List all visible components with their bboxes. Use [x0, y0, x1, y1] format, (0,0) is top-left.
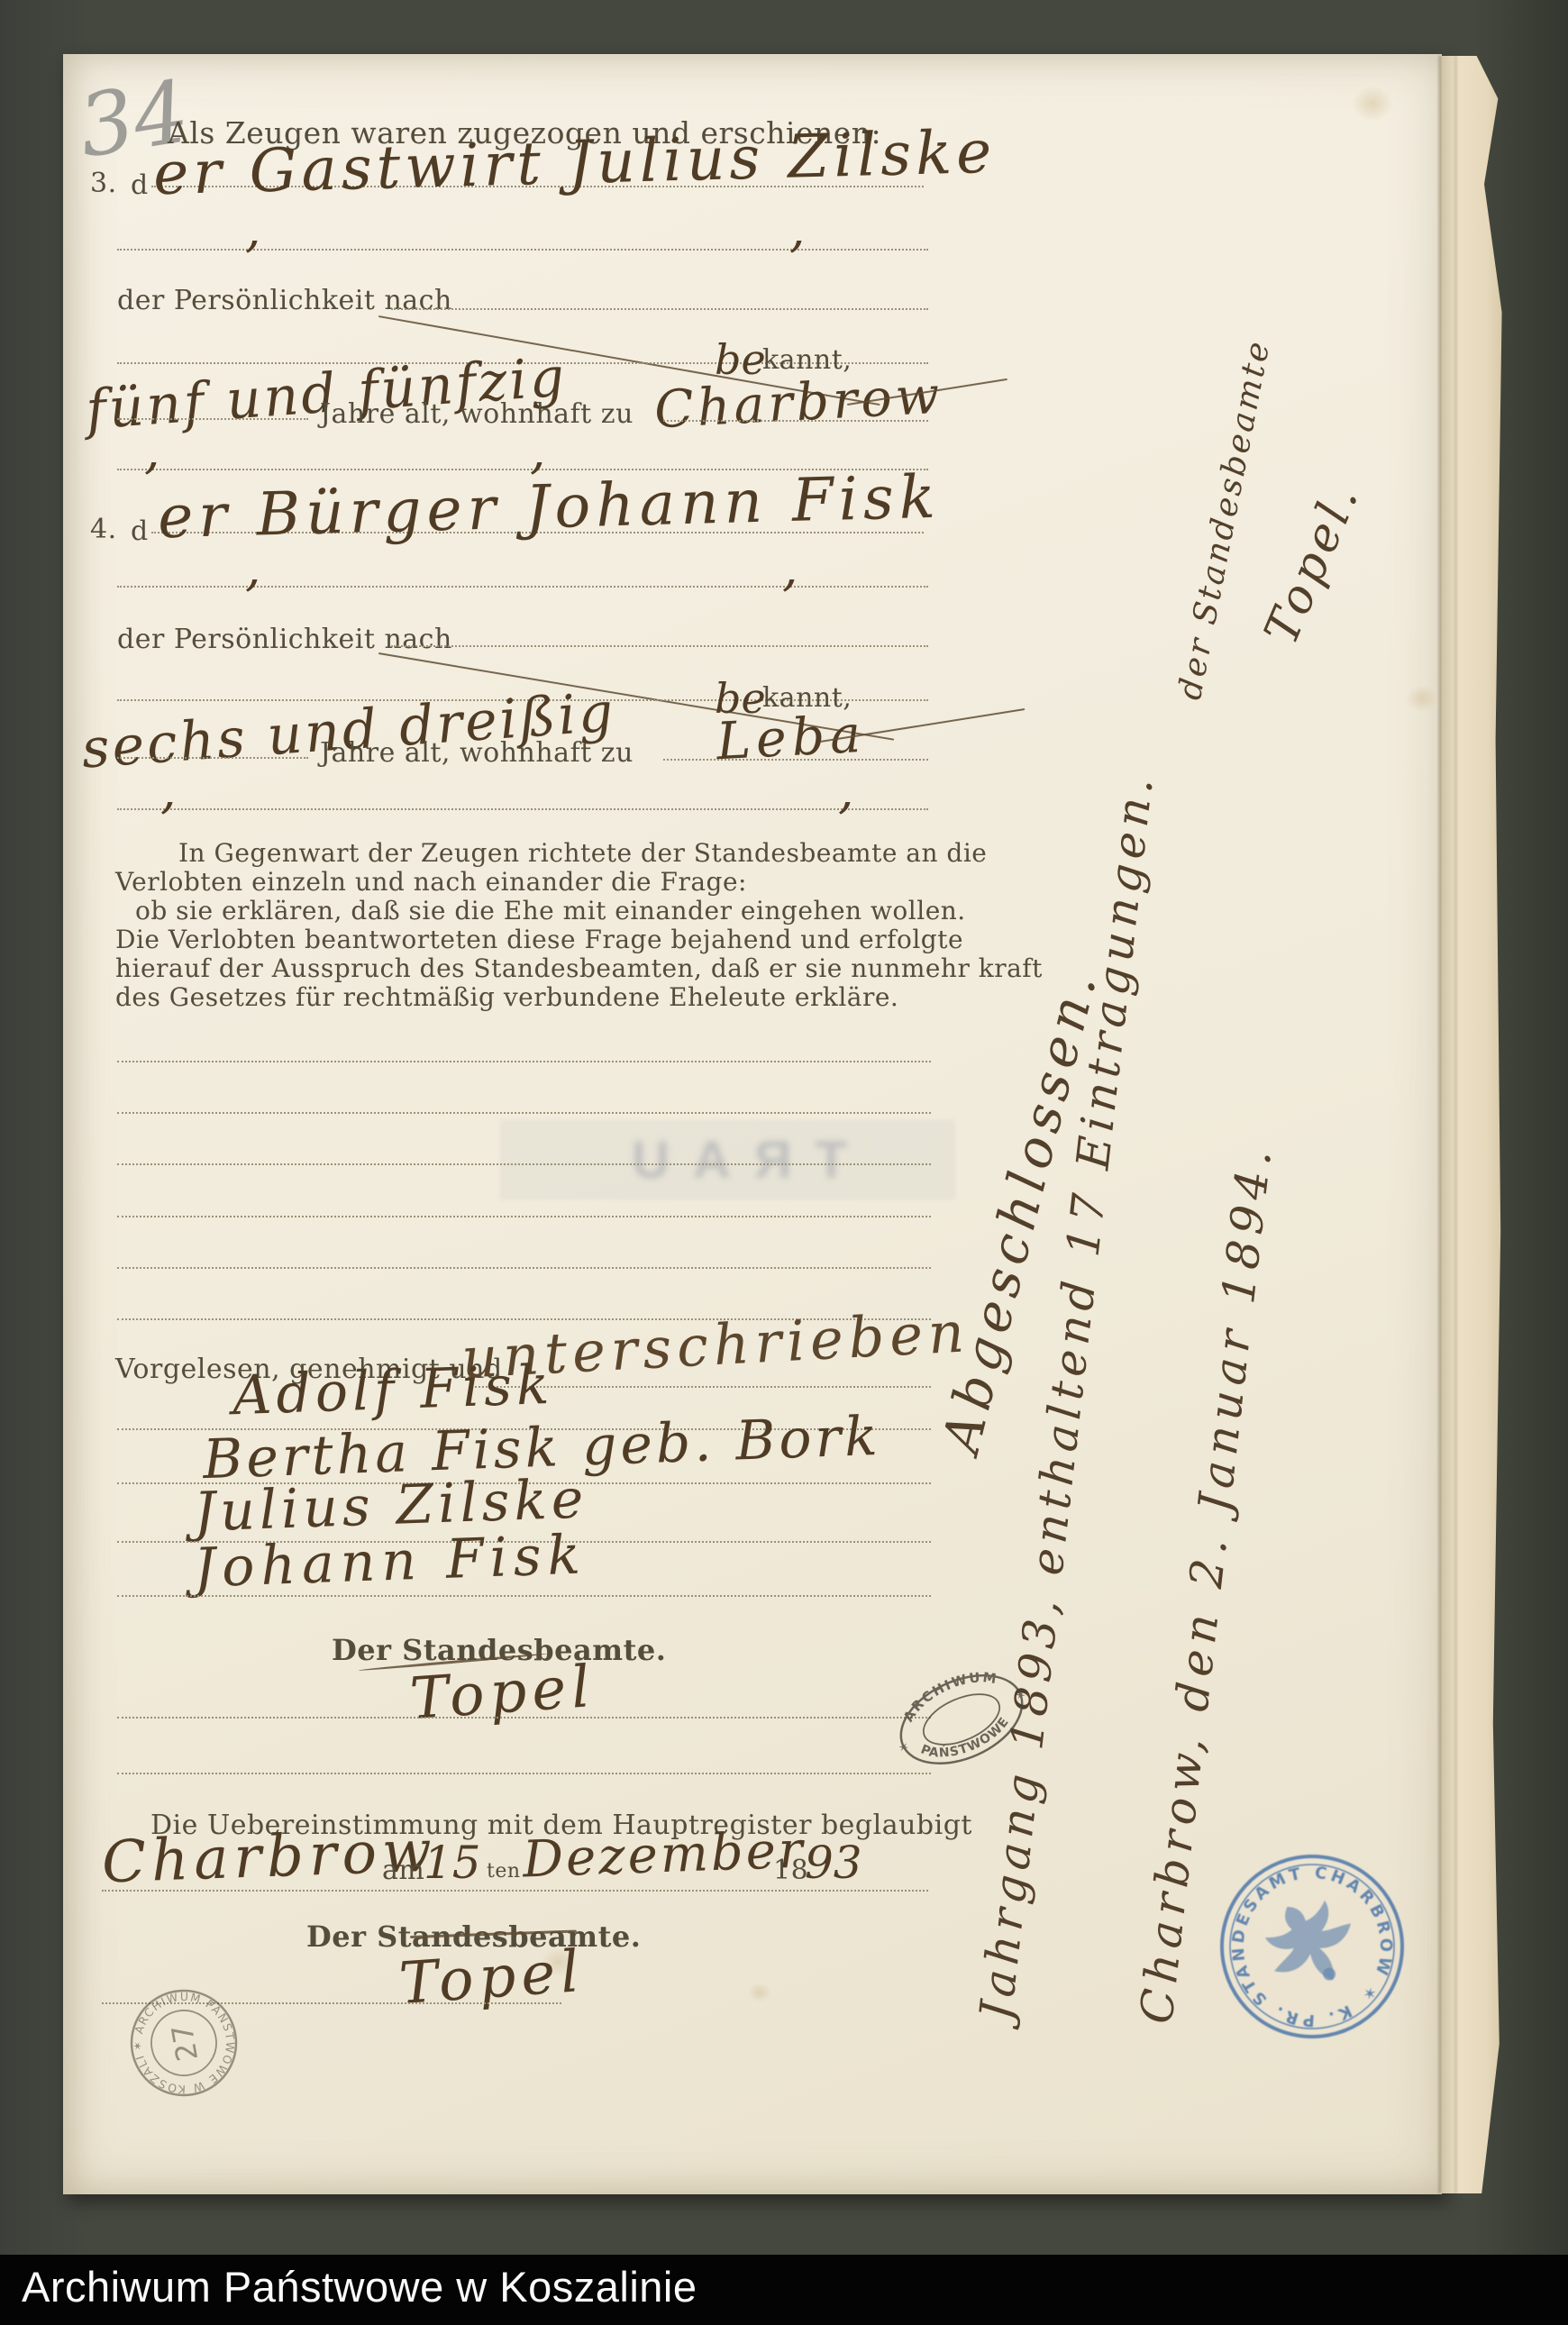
declaration-line: In Gegenwart der Zeugen richtete der Sta… [178, 838, 987, 868]
declaration-line: des Gesetzes für rechtmäßig verbundene E… [115, 982, 898, 1012]
cert-month: Dezember [522, 1821, 807, 1890]
cert-am: am [382, 1855, 424, 1886]
dotted-line [391, 308, 928, 310]
cert-ten: ten [487, 1860, 521, 1883]
ink-comma: , [245, 539, 260, 597]
dotted-line [117, 1061, 931, 1062]
cert-year-handwritten: 93 [805, 1837, 862, 1889]
dotted-line [117, 1717, 931, 1719]
signature: Adolf Fisk [232, 1354, 555, 1427]
dotted-line [117, 808, 928, 810]
round-stamp-number: 27 [165, 2021, 205, 2064]
dotted-line [117, 586, 928, 588]
archive-name: Archiwum Państwowe w Koszalinie [22, 2262, 697, 2311]
declaration-line: hierauf der Ausspruch des Standesbeamten… [115, 953, 1043, 983]
registrar-signature-2: Topel [397, 1938, 587, 2018]
declaration-line: Die Verlobten beantworteten diese Frage … [115, 925, 963, 954]
dotted-line [663, 759, 928, 761]
underlying-page-edge [1440, 56, 1503, 2193]
oval-stamp-star-right: ✶ [1013, 1687, 1028, 1704]
archive-footer-bar: Archiwum Państwowe w Koszalinie [0, 2255, 1568, 2325]
prussian-eagle-icon [1249, 1883, 1372, 2003]
dotted-line [117, 1267, 931, 1269]
personality-label-3: der Persönlichkeit nach [117, 285, 452, 316]
ink-comma: , [838, 761, 853, 819]
ink-comma: , [160, 761, 176, 819]
dotted-line [117, 1773, 931, 1774]
item3-prefix: d [131, 169, 149, 201]
personality-label-4: der Persönlichkeit nach [117, 624, 452, 655]
ink-comma: , [789, 200, 805, 258]
archive-round-stamp: ✶ ARCHIWUM PAŃSTWOWE W KOSZALINIE 27 [119, 1978, 249, 2108]
dotted-line [117, 1112, 931, 1114]
ink-comma: , [782, 539, 798, 597]
dotted-line [391, 645, 928, 647]
dotted-line [117, 757, 308, 759]
cert-year-printed: 18 [773, 1855, 808, 1886]
age-printed-4: Jahre alt, wohnhaft zu [320, 737, 634, 769]
declaration-line: Verlobten einzeln und nach einander die … [115, 867, 747, 897]
cert-day: 15 [424, 1837, 481, 1889]
age-printed-3: Jahre alt, wohnhaft zu [320, 398, 634, 430]
registrar-signature-1: Topel [408, 1654, 597, 1733]
dotted-line [117, 1216, 931, 1217]
page-fold-crease-2 [1454, 56, 1457, 2193]
item4-prefix: d [131, 515, 149, 547]
ink-comma: , [245, 200, 260, 258]
ink-comma: , [144, 422, 160, 479]
ink-comma: , [530, 422, 545, 479]
dotted-line [117, 249, 928, 251]
show-through: TRAU [500, 1120, 955, 1199]
declaration-line: ob sie erklären, daß sie die Ehe mit ein… [135, 896, 966, 925]
item4-number: 4. [90, 514, 117, 545]
dotted-line [117, 1163, 931, 1165]
dotted-line [117, 1595, 931, 1597]
item3-number: 3. [90, 168, 117, 199]
dotted-line [102, 1890, 928, 1892]
dotted-line [117, 418, 308, 420]
dotted-line [663, 420, 928, 422]
scan-background: 34 Als Zeugen waren zugezogen und erschi… [0, 0, 1568, 2325]
page-fold-crease [1438, 56, 1441, 2193]
